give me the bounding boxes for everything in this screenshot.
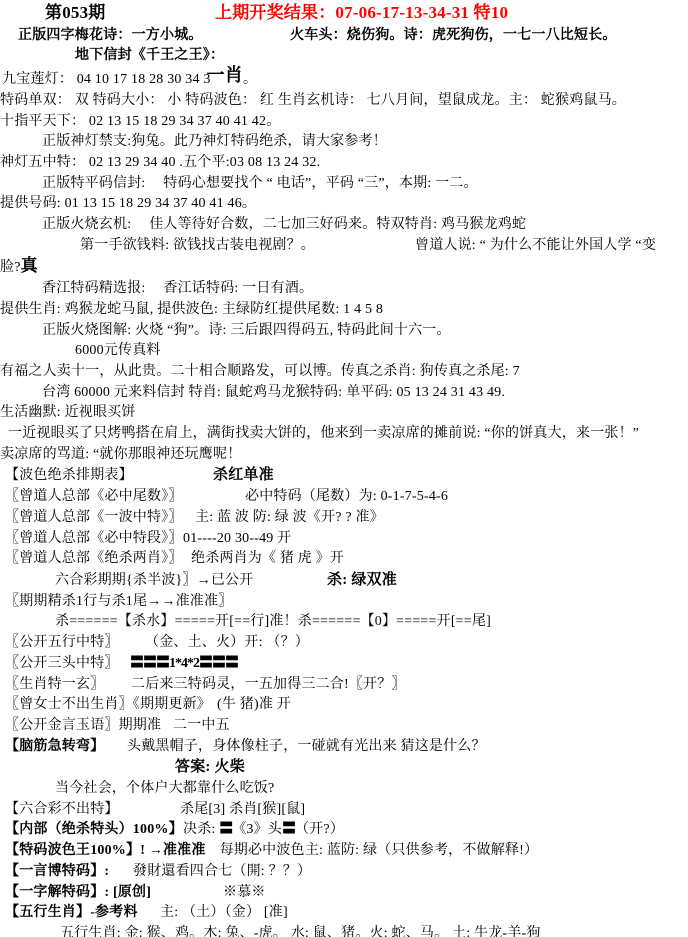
doc-line: 生活幽默: 近视眼买饼 bbox=[0, 403, 688, 424]
doc-line: 一近视眼买了只烤鸭搭在肩上，满街找卖大饼的，他来到一卖凉席的摊前说: “你的饼真… bbox=[0, 424, 688, 445]
brain-teaser-answer: 答案: 火柴 bbox=[175, 759, 245, 775]
provided-zodiacs: 提供生肖: 鸡猴龙蛇马鼠, 提供波色: 主绿防红提供尾数: 1 4 5 8 bbox=[0, 302, 383, 317]
zodiac-mystery-value: 二后来三特码灵，一五加得三二合!〖开？〗 bbox=[131, 677, 406, 692]
doc-line: 正版火烧图解: 火烧 “狗”。诗: 三后跟四得码五, 特码此间十六一。 bbox=[0, 321, 688, 342]
doc-line: 〖曾道人总部《一波中特》〗主: 蓝 波 防: 绿 波《开? ? 准》 bbox=[0, 508, 688, 529]
half-wave-kill: 六合彩期期{杀半波}〗→已公开 bbox=[55, 571, 327, 592]
doc-line: 正版火烧玄机: 佳人等待好合数，二七加三好码来。特双特肖: 鸡马猴龙鸡蛇 bbox=[0, 215, 688, 236]
fax-kill-zodiac: 有福之人卖十一，从此贵。二十相合顺路发，可以博。传真之杀肖: 狗传真之杀尾: 7 bbox=[0, 364, 520, 379]
doc-line: 〖曾道人总部《必中特段》〗01----20 30--49 开 bbox=[0, 529, 688, 550]
brain-teaser-label: 【脑筋急转弯】 bbox=[5, 737, 127, 758]
doc-line: 【五行生肖】-参考料主: （土）（金） [准] bbox=[0, 903, 688, 924]
internal-kill-head-label: 【内部（绝杀特头）100%】 bbox=[5, 820, 183, 841]
doc-line: 〖期期精杀1行与杀1尾→→准准准〗 bbox=[0, 592, 688, 613]
black-bar-icon: 〓 bbox=[282, 822, 295, 837]
first-hand-money: 第一手欲钱料: 欲钱找古装电视剧？。 bbox=[80, 236, 415, 257]
doc-line: 有福之人卖十一，从此贵。二十相合顺路发，可以博。传真之杀肖: 狗传真之杀尾: 7 bbox=[0, 362, 688, 383]
doc-line: 九宝莲灯： 04 10 17 18 28 30 34 3一肖。 bbox=[0, 67, 688, 91]
three-heads-label: 〖公开三头中特〗 bbox=[5, 654, 130, 675]
doc-line: 〖曾道人总部《绝杀两肖》〗绝杀两肖为《 猪 虎 》开 bbox=[0, 549, 688, 570]
doc-line: 【内部（绝杀特头）100%】决杀: 〓《3》头〓（开?） bbox=[0, 820, 688, 841]
doc-line: 杀======【杀水】=====开[==行]准！杀======【0】=====开… bbox=[0, 612, 688, 633]
face-continuation: 脸? bbox=[0, 260, 21, 275]
hq-kill-two-zodiac-label: 〖曾道人总部《绝杀两肖》〗 bbox=[5, 549, 191, 570]
one-word-bet-label: 【一言博特码】: bbox=[5, 862, 133, 883]
doc-line: 卖凉席的骂道: “就你那眼神还玩鹰呢！ bbox=[0, 445, 688, 466]
doc-line: 〖生肖特一玄〗二后来三特码灵，一五加得三二合!〖开？〗 bbox=[0, 675, 688, 696]
golden-words-label: 〖公开金言玉语〗期期准 bbox=[5, 716, 173, 737]
doc-line: 十指平天下： 02 13 15 18 29 34 37 40 41 42。 bbox=[0, 112, 688, 133]
second-riddle: 当今社会，个体户大都靠什么吃饭? bbox=[55, 781, 274, 796]
fire-mystery: 正版火烧玄机: 佳人等待好合数，二七加三好码来。 bbox=[42, 215, 376, 236]
issue-number: 第053期 bbox=[45, 3, 215, 24]
five-element-zodiac-label: 【五行生肖】-参考料 bbox=[5, 903, 160, 924]
special-flat-envelope: 正版特平码信封: 特码心想要找个 “ 电话”，平码 “三”，本期: 一二。 bbox=[42, 176, 478, 191]
three-heads-value: 〓〓〓1*4*2〓〓〓 bbox=[130, 656, 238, 671]
doc-line: 【一字解特码】: [原创]※慕※ bbox=[0, 883, 688, 904]
five-element-zodiac-table: 五行生肖: 金: 猴、鸡。木: 兔、-虎。 水: 鼠、猪。火: 蛇、马。 土: … bbox=[60, 926, 541, 937]
precise-kill-row-tail: 〖期期精杀1行与杀1尾→→准准准〗 bbox=[5, 594, 232, 609]
hq-one-wave-label: 〖曾道人总部《一波中特》〗 bbox=[5, 508, 195, 529]
golden-words-value: 二一中五 bbox=[173, 718, 230, 733]
doc-line: 六合彩期期{杀半波}〗→已公开杀: 绿双准 bbox=[0, 570, 688, 592]
humor-story-2: 卖凉席的骂道: “就你那眼神还玩鹰呢！ bbox=[0, 447, 241, 462]
doc-line: 第053期上期开奖结果：07-06-17-13-34-31 特10 bbox=[0, 3, 688, 26]
five-elements-label: 〖公开五行中特〗 bbox=[5, 633, 145, 654]
doc-line: 正版特平码信封: 特码心想要找个 “ 电话”，平码 “三”，本期: 一二。 bbox=[0, 174, 688, 195]
plum-poem: 正版四字梅花诗：一方小城。 bbox=[18, 26, 290, 47]
previous-draw-result: 上期开奖结果：07-06-17-13-34-31 特10 bbox=[215, 3, 508, 22]
one-zodiac-overlay: 一肖 bbox=[207, 65, 243, 85]
one-char-solve-label: 【一字解特码】: [原创] bbox=[5, 883, 223, 904]
doc-line: 正版四字梅花诗：一方小城。火车头：烧伤狗。诗：虎死狗伤，一七一八比短长。 bbox=[0, 26, 688, 47]
magic-lamp-five-special: 神灯五中特： 02 13 29 34 40 .五个平:03 08 13 24 3… bbox=[0, 155, 320, 170]
doc-line: 脸?真 bbox=[0, 256, 688, 279]
ms-zeng-label: 〖曾女士不出生肖〗《期期更新》 bbox=[5, 695, 217, 716]
one-word-bet-value: 發財還看四合七（開: ？？） bbox=[133, 864, 311, 879]
internal-kill-head-open: （开?） bbox=[295, 822, 344, 837]
lottery-tip-sheet: 第053期上期开奖结果：07-06-17-13-34-31 特10正版四字梅花诗… bbox=[0, 0, 688, 937]
one-char-solve-value: ※慕※ bbox=[223, 885, 266, 900]
fire-diagram: 正版火烧图解: 火烧 “狗”。诗: 三后跟四得码五, 特码此间十六一。 bbox=[42, 323, 451, 338]
five-elements-value: （金、土、火）开: （？） bbox=[145, 635, 309, 650]
zodiac-mystery-label: 〖生肖特一玄〗 bbox=[5, 675, 131, 696]
must-hit-tails-value: 必中特码（尾数）为: 0-1-7-5-4-6 bbox=[245, 489, 448, 504]
doc-line: 【特码波色王100%】! →准准准每期必中波色主: 蓝防: 绿（只供参考，不做解… bbox=[0, 841, 688, 862]
doc-line: 〖公开三头中特〗〓〓〓1*4*2〓〓〓 bbox=[0, 654, 688, 675]
brain-teaser-question: 头戴黑帽子，身体像柱子，一碰就有光出来 猜这是什么？ bbox=[127, 739, 486, 754]
wave-color-king-value: 每期必中波色主: 蓝防: 绿（只供参考，不做解释!） bbox=[220, 843, 539, 858]
no-special-value: 杀尾[3] 杀肖[猴][鼠] bbox=[180, 802, 305, 817]
doc-line: 〖曾女士不出生肖〗《期期更新》(牛 猪)准 开 bbox=[0, 695, 688, 716]
one-wave-value: 主: 蓝 波 防: 绿 波《开? ? 准》 bbox=[195, 510, 384, 525]
doc-line: 答案: 火柴 bbox=[0, 757, 688, 779]
five-element-zodiac-value: 主: （土）（金） [准] bbox=[160, 905, 288, 920]
special-zodiacs: 特双特肖: 鸡马猴龙鸡蛇 bbox=[376, 217, 526, 232]
black-bar-icon: 〓 bbox=[219, 822, 232, 837]
taiwan-envelope: 台湾 60000 元来料信封 特肖: 鼠蛇鸡马龙猴特码: 单平码: 05 13 … bbox=[42, 385, 505, 400]
kill-red-odd: 杀红单准 bbox=[213, 467, 274, 483]
doc-line: 当今社会，个体户大都靠什么吃饭? bbox=[0, 779, 688, 800]
doc-line: 〖公开金言玉语〗期期准二一中五 bbox=[0, 716, 688, 737]
provided-numbers: 提供号码: 01 13 15 18 29 34 37 40 41 46。 bbox=[0, 196, 256, 211]
doc-line: 6000元传真料 bbox=[0, 341, 688, 362]
wave-color-king-label: 【特码波色王100%】! →准准准 bbox=[5, 843, 206, 858]
hq-segment-label: 〖曾道人总部《必中特段》〗 bbox=[5, 529, 183, 550]
doc-line: 正版神灯禁支:狗兔。此乃神灯特码绝杀，请大家参考！ bbox=[0, 132, 688, 153]
segment-value: 01----20 30--49 开 bbox=[183, 531, 291, 546]
nine-lotus-numbers: 九宝莲灯： 04 10 17 18 28 30 34 3 bbox=[2, 72, 211, 87]
true-emphasis: 真 bbox=[21, 256, 38, 275]
document-body: 第053期上期开奖结果：07-06-17-13-34-31 特10正版四字梅花诗… bbox=[0, 3, 688, 937]
zeng-daoren-says: 曾道人说: “ 为什么不能让外国人学 “变 bbox=[415, 238, 656, 253]
special-code-odd-even: 特码单双： 双 特码大小： 小 特码波色： 红 生肖玄机诗： 七八月间，望鼠成龙… bbox=[0, 93, 626, 108]
no-special-label: 【六合彩不出特】 bbox=[5, 800, 180, 821]
doc-line: 地下信封《千王之王》： bbox=[0, 46, 688, 67]
underground-envelope: 地下信封《千王之王》： bbox=[75, 48, 224, 63]
doc-line: 五行生肖: 金: 猴、鸡。木: 兔、-虎。 水: 鼠、猪。火: 蛇、马。 土: … bbox=[0, 924, 688, 937]
doc-line: 【一言博特码】: 發財還看四合七（開: ？？） bbox=[0, 862, 688, 883]
humor-story-1: 一近视眼买了只烤鸭搭在肩上，满街找卖大饼的，他来到一卖凉席的摊前说: “你的饼真… bbox=[8, 426, 639, 441]
doc-line: 神灯五中特： 02 13 29 34 40 .五个平:03 08 13 24 3… bbox=[0, 153, 688, 174]
life-humor-title: 生活幽默: 近视眼买饼 bbox=[0, 405, 136, 420]
doc-line: 香江特码精选报: 香江话特码: 一日有酒。 bbox=[0, 279, 688, 300]
doc-line: 【脑筋急转弯】头戴黑帽子，身体像柱子，一碰就有光出来 猜这是什么？ bbox=[0, 737, 688, 758]
ms-zeng-value: (牛 猪)准 开 bbox=[217, 697, 291, 712]
kill-formula: 杀======【杀水】=====开[==行]准！杀======【0】=====开… bbox=[55, 614, 491, 629]
doc-line: 特码单双： 双 特码大小： 小 特码波色： 红 生肖玄机诗： 七八月间，望鼠成龙… bbox=[0, 91, 688, 112]
doc-line: 【六合彩不出特】杀尾[3] 杀肖[猴][鼠] bbox=[0, 800, 688, 821]
ten-fingers-numbers: 十指平天下： 02 13 15 18 29 34 37 40 41 42。 bbox=[0, 114, 280, 129]
doc-line: 〖公开五行中特〗（金、土、火）开: （？） bbox=[0, 633, 688, 654]
doc-line: 〖曾道人总部《必中尾数》〗必中特码（尾数）为: 0-1-7-5-4-6 bbox=[0, 487, 688, 508]
magic-lamp-forbidden: 正版神灯禁支:狗兔。此乃神灯特码绝杀，请大家参考！ bbox=[42, 134, 387, 149]
internal-kill-head-prefix: 决杀: bbox=[183, 822, 219, 837]
wave-kill-schedule: 【波色绝杀排期表】 bbox=[5, 466, 213, 487]
internal-kill-head-value: 《3》头 bbox=[232, 822, 282, 837]
doc-line: 提供生肖: 鸡猴龙蛇马鼠, 提供波色: 主绿防红提供尾数: 1 4 5 8 bbox=[0, 300, 688, 321]
doc-line: 提供号码: 01 13 15 18 29 34 37 40 41 46。 bbox=[0, 194, 688, 215]
doc-line: 第一手欲钱料: 欲钱找古装电视剧？。曾道人说: “ 为什么不能让外国人学 “变 bbox=[0, 236, 688, 257]
doc-line: 【波色绝杀排期表】杀红单准 bbox=[0, 465, 688, 487]
hq-must-hit-tails-label: 〖曾道人总部《必中尾数》〗 bbox=[5, 487, 245, 508]
kill-two-zodiac-value: 绝杀两肖为《 猪 虎 》开 bbox=[191, 551, 344, 566]
train-head-poem: 火车头：烧伤狗。诗：虎死狗伤，一七一八比短长。 bbox=[290, 28, 617, 43]
kill-green-double: 杀: 绿双准 bbox=[327, 572, 397, 588]
hongkong-selection: 香江特码精选报: 香江话特码: 一日有酒。 bbox=[42, 281, 313, 296]
fax-material-6000: 6000元传真料 bbox=[75, 343, 161, 358]
text-segment: 。 bbox=[243, 72, 257, 87]
doc-line: 台湾 60000 元来料信封 特肖: 鼠蛇鸡马龙猴特码: 单平码: 05 13 … bbox=[0, 383, 688, 404]
